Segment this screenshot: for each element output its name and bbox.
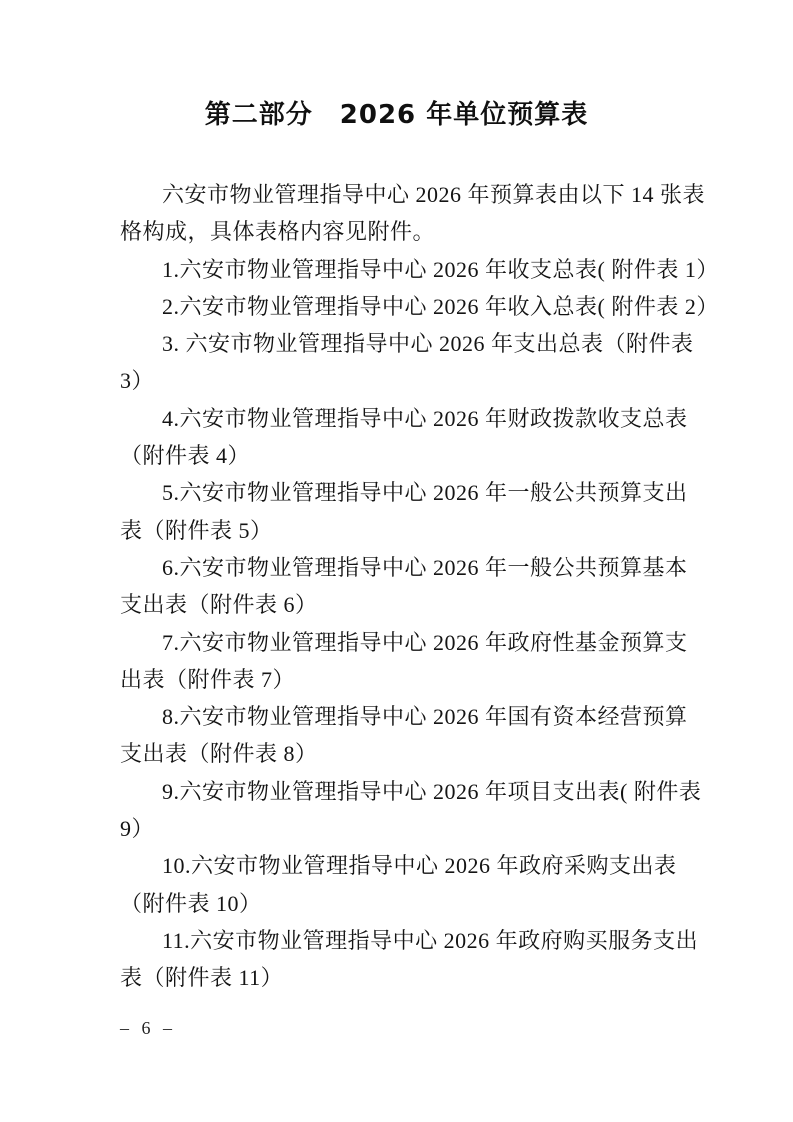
paragraph-line: 4.六安市物业管理指导中心 2026 年财政拨款收支总表 — [120, 400, 678, 437]
paragraph-line: 格构成，具体表格内容见附件。 — [120, 213, 678, 250]
paragraph-line: 支出表（附件表 6） — [120, 586, 678, 623]
paragraph-line: 表（附件表 11） — [120, 959, 678, 996]
section-heading: 第二部分 2026 年单位预算表 — [0, 98, 793, 132]
paragraph-line: 6.六安市物业管理指导中心 2026 年一般公共预算基本 — [120, 549, 678, 586]
paragraph-line: （附件表 4） — [120, 437, 678, 474]
paragraph-line: 1.六安市物业管理指导中心 2026 年收支总表( 附件表 1） — [120, 251, 678, 288]
paragraph-line: 支出表（附件表 8） — [120, 735, 678, 772]
paragraph-line: （附件表 10） — [120, 885, 678, 922]
paragraph-line: 9.六安市物业管理指导中心 2026 年项目支出表( 附件表 — [120, 773, 678, 810]
paragraph-line: 2.六安市物业管理指导中心 2026 年收入总表( 附件表 2） — [120, 288, 678, 325]
document-body: 六安市物业管理指导中心 2026 年预算表由以下 14 张表格构成，具体表格内容… — [120, 176, 678, 997]
paragraph-line: 11.六安市物业管理指导中心 2026 年政府购买服务支出 — [120, 922, 678, 959]
paragraph-line: 表（附件表 5） — [120, 512, 678, 549]
paragraph-line: 7.六安市物业管理指导中心 2026 年政府性基金预算支 — [120, 624, 678, 661]
paragraph-line: 8.六安市物业管理指导中心 2026 年国有资本经营预算 — [120, 698, 678, 735]
paragraph-line: 10.六安市物业管理指导中心 2026 年政府采购支出表 — [120, 847, 678, 884]
page-number: – 6 – — [120, 1013, 176, 1043]
paragraph-line: 3. 六安市物业管理指导中心 2026 年支出总表（附件表 — [120, 325, 678, 362]
document-page: 第二部分 2026 年单位预算表 六安市物业管理指导中心 2026 年预算表由以… — [0, 0, 793, 1122]
paragraph-line: 六安市物业管理指导中心 2026 年预算表由以下 14 张表 — [120, 176, 678, 213]
paragraph-line: 5.六安市物业管理指导中心 2026 年一般公共预算支出 — [120, 474, 678, 511]
paragraph-line: 3） — [120, 362, 678, 399]
paragraph-line: 出表（附件表 7） — [120, 661, 678, 698]
paragraph-line: 9） — [120, 810, 678, 847]
